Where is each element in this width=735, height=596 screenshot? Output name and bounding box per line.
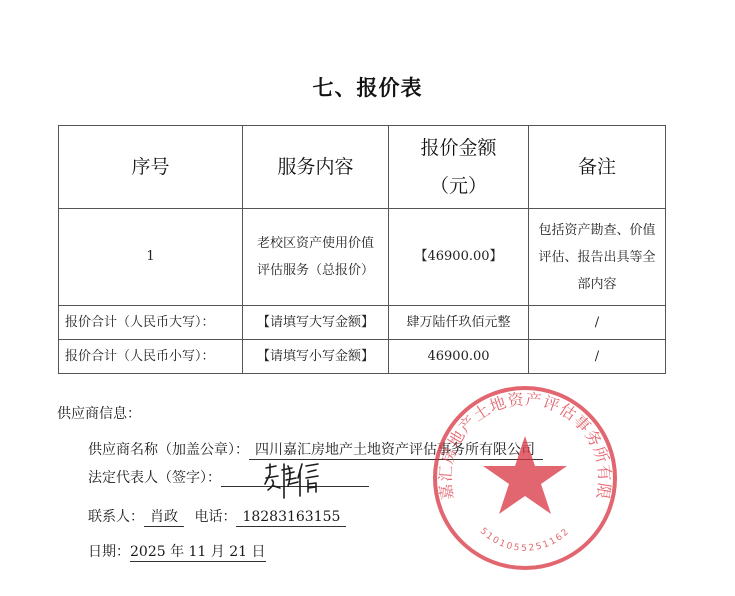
supplier-name-label: 供应商名称（加盖公章）： — [88, 439, 249, 459]
header-remark: 备注 — [529, 126, 666, 209]
header-amount: 报价金额 （元） — [389, 126, 529, 209]
phone-label: 电话： — [194, 506, 236, 526]
contact-label: 联系人： — [88, 506, 144, 526]
stamp-code: 5101055251162 — [478, 526, 572, 553]
date-value: 2025 年 11 月 21 日 — [130, 544, 266, 562]
header-index: 序号 — [59, 126, 243, 209]
remark-line2: 评估、报告出具等全 — [533, 244, 661, 271]
contact-value: 肖政 — [144, 509, 184, 527]
total-upper-label: 报价合计（人民币大写）： — [59, 306, 243, 340]
header-amount-line2: （元） — [389, 167, 528, 205]
signature-icon — [262, 458, 322, 502]
cell-index: 1 — [59, 209, 243, 306]
supplier-name-line: 供应商名称（加盖公章）：四川嘉汇房地产土地资产评估事务所有限公司 — [88, 439, 543, 460]
cell-amount: 【46900.00】 — [389, 209, 529, 306]
total-lower-row: 报价合计（人民币小写）： 【请填写小写金额】 46900.00 / — [59, 340, 666, 374]
legal-rep-label: 法定代表人（签字）： — [88, 467, 221, 487]
total-lower-remark: / — [529, 340, 666, 374]
contact-line: 联系人：肖政 电话：18283163155 — [88, 506, 346, 527]
total-upper-row: 报价合计（人民币大写）： 【请填写大写金额】 肆万陆仟玖佰元整 / — [59, 306, 666, 340]
total-upper-value: 肆万陆仟玖佰元整 — [389, 306, 529, 340]
total-lower-placeholder: 【请填写小写金额】 — [243, 340, 389, 374]
remark-line1: 包括资产勘查、价值 — [533, 217, 661, 244]
service-line2: 评估服务（总报价） — [251, 257, 380, 284]
total-upper-remark: / — [529, 306, 666, 340]
company-seal-icon: 四川嘉汇房地产土地资产评估事务所有限公司 5101055251162 — [425, 378, 625, 578]
table-row: 1 老校区资产使用价值 评估服务（总报价） 【46900.00】 包括资产勘查、… — [59, 209, 666, 306]
total-lower-value: 46900.00 — [389, 340, 529, 374]
phone-value: 18283163155 — [236, 509, 346, 527]
total-lower-label: 报价合计（人民币小写）： — [59, 340, 243, 374]
total-upper-placeholder: 【请填写大写金额】 — [243, 306, 389, 340]
date-label: 日期： — [88, 541, 130, 561]
date-line: 日期：2025 年 11 月 21 日 — [88, 541, 266, 562]
remark-line3: 部内容 — [533, 271, 661, 298]
legal-rep-line: 法定代表人（签字）： — [88, 467, 369, 487]
supplier-heading: 供应商信息： — [57, 403, 141, 423]
header-amount-line1: 报价金额 — [389, 129, 528, 167]
service-line1: 老校区资产使用价值 — [251, 230, 380, 257]
cell-service: 老校区资产使用价值 评估服务（总报价） — [243, 209, 389, 306]
header-service: 服务内容 — [243, 126, 389, 209]
cell-remark: 包括资产勘查、价值 评估、报告出具等全 部内容 — [529, 209, 666, 306]
page-title: 七、报价表 — [0, 72, 735, 102]
table-header-row: 序号 服务内容 报价金额 （元） 备注 — [59, 126, 666, 209]
svg-text:5101055251162: 5101055251162 — [478, 526, 572, 553]
quote-table: 序号 服务内容 报价金额 （元） 备注 1 老校区资产使用价值 评估服务（总报价… — [58, 125, 666, 374]
